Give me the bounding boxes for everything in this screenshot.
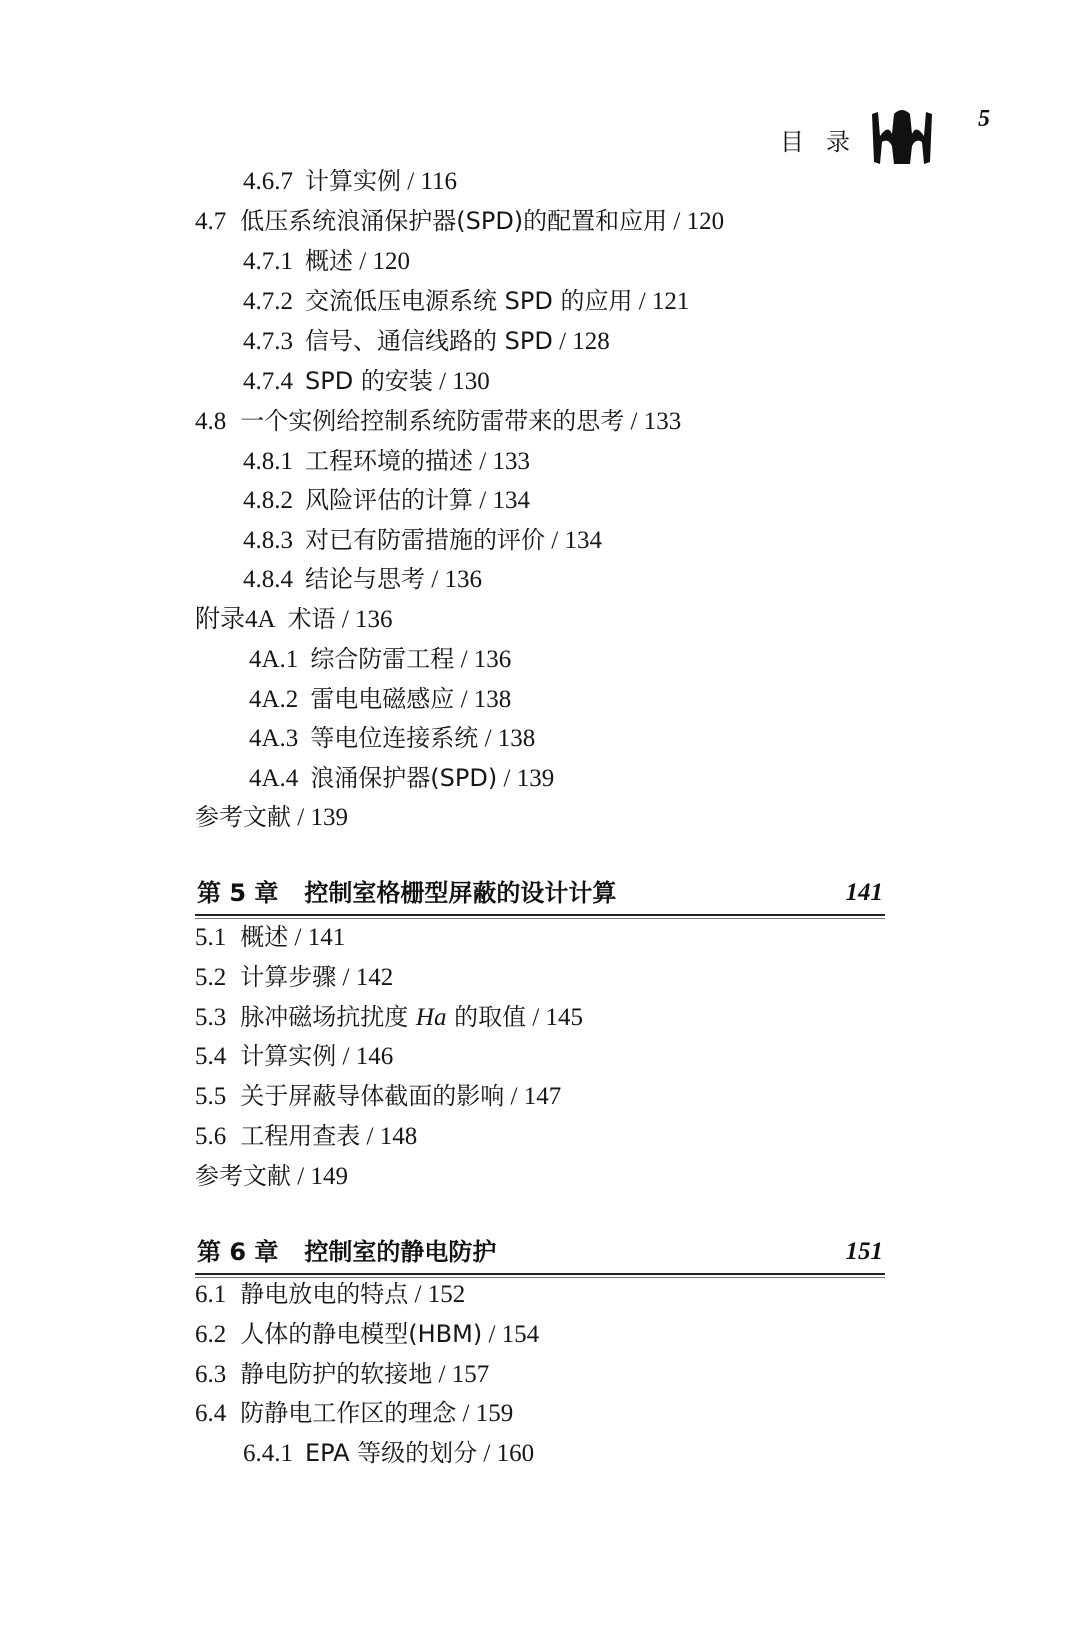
header-title: 目录	[780, 122, 872, 157]
chapter-6-title: 第 6 章控制室的静电防护	[197, 1237, 496, 1267]
toc-entry-title: 等电位连接系统	[310, 724, 478, 752]
toc-entry-page: 142	[356, 964, 394, 991]
toc-entry-title: 防静电工作区的理念	[240, 1399, 456, 1427]
toc-entry-page: 154	[502, 1321, 540, 1348]
toc-entry-page: 130	[452, 368, 490, 395]
toc-separator: /	[667, 208, 686, 235]
toc-entry-title: 结论与思考	[305, 565, 425, 593]
toc-entry-page: 138	[474, 686, 512, 713]
toc-separator: /	[291, 1163, 310, 1190]
toc-separator: /	[545, 527, 564, 554]
toc-entry-page: 148	[380, 1123, 418, 1150]
toc-entry-title: 参考文献	[195, 803, 291, 831]
toc-separator: /	[360, 1123, 379, 1150]
toc-entry[interactable]: 4.7.2交流低压电源系统 SPD 的应用 / 121	[243, 286, 689, 317]
toc-entry-title: 信号、通信线路的 SPD	[305, 327, 553, 355]
toc-entry[interactable]: 4.8.2风险评估的计算 / 134	[243, 485, 530, 516]
toc-entry-number: 6.4	[195, 1399, 226, 1429]
toc-entry-title: 交流低压电源系统 SPD 的应用	[305, 287, 632, 315]
toc-entry-title: 脉冲磁场抗扰度 Ha 的取值	[240, 1003, 526, 1031]
toc-entry-number: 4.7.2	[243, 287, 293, 317]
toc-entry-page: 149	[310, 1163, 348, 1190]
toc-entry-title: 工程环境的描述	[305, 447, 473, 475]
toc-entry-title: 风险评估的计算	[305, 486, 473, 514]
toc-entry-title: 静电防护的软接地	[240, 1360, 432, 1388]
toc-separator: /	[526, 1004, 545, 1031]
toc-separator: /	[497, 765, 516, 792]
toc-entry[interactable]: 6.2人体的静电模型(HBM) / 154	[195, 1319, 539, 1350]
chapter-6-page: 151	[846, 1237, 884, 1267]
toc-entry-page: 120	[687, 208, 725, 235]
toc-entry-page: 139	[310, 804, 348, 831]
chapter-6-heading[interactable]: 第 6 章控制室的静电防护 151	[195, 1237, 885, 1275]
toc-separator: /	[478, 725, 497, 752]
toc-entry-page: 116	[420, 168, 457, 195]
toc-entry-number: 4.8.2	[243, 486, 293, 516]
toc-entry[interactable]: 4.6.7计算实例 / 116	[243, 166, 457, 197]
toc-entry-page: 139	[517, 765, 555, 792]
toc-entry-title: SPD 的安装	[305, 367, 433, 395]
toc-entry-page: 134	[564, 527, 602, 554]
toc-entry-number: 4A.1	[249, 645, 298, 675]
toc-entry-page: 157	[452, 1361, 490, 1388]
toc-separator: /	[456, 1400, 475, 1427]
toc-entry-page: 159	[476, 1400, 514, 1427]
toc-entry-page: 136	[355, 606, 393, 633]
toc-entry[interactable]: 5.3脉冲磁场抗扰度 Ha 的取值 / 145	[195, 1002, 583, 1033]
toc-entry-page: 136	[444, 566, 482, 593]
toc-entry-page: 160	[497, 1440, 535, 1467]
toc-separator: /	[454, 646, 473, 673]
toc-entry[interactable]: 6.4防静电工作区的理念 / 159	[195, 1398, 513, 1429]
toc-entry-page: 138	[498, 725, 536, 752]
toc-entry-title: 静电放电的特点	[240, 1280, 408, 1308]
toc-entry[interactable]: 4.7低压系统浪涌保护器(SPD)的配置和应用 / 120	[195, 206, 724, 237]
toc-entry-number: 4.7.1	[243, 247, 293, 277]
toc-entry-title: 计算实例	[305, 167, 401, 195]
toc-separator: /	[632, 288, 651, 315]
toc-entry-number: 5.5	[195, 1082, 226, 1112]
toc-separator: /	[473, 487, 492, 514]
toc-entry-number: 附录4A	[195, 605, 276, 635]
toc-separator: /	[504, 1083, 523, 1110]
toc-entry-title: EPA 等级的划分	[305, 1439, 477, 1467]
toc-separator: /	[553, 328, 572, 355]
toc-entry-title: 参考文献	[195, 1162, 291, 1190]
toc-entry[interactable]: 6.1静电放电的特点 / 152	[195, 1279, 465, 1310]
toc-separator: /	[425, 566, 444, 593]
toc-separator: /	[432, 1361, 451, 1388]
toc-entry-number: 6.1	[195, 1280, 226, 1310]
toc-entry-page: 133	[492, 448, 530, 475]
toc-entry[interactable]: 4.8一个实例给控制系统防雷带来的思考 / 133	[195, 406, 681, 437]
toc-entry-number: 5.4	[195, 1042, 226, 1072]
toc-separator: /	[624, 408, 643, 435]
toc-separator: /	[291, 804, 310, 831]
toc-entry-page: 141	[308, 924, 346, 951]
toc-entry[interactable]: 4A.3等电位连接系统 / 138	[249, 723, 535, 754]
toc-entry[interactable]: 4.8.4结论与思考 / 136	[243, 564, 482, 595]
page-number: 5	[978, 106, 990, 133]
toc-entry[interactable]: 5.2计算步骤 / 142	[195, 962, 393, 993]
toc-separator: /	[336, 606, 355, 633]
toc-entry-title: 雷电电磁感应	[310, 685, 454, 713]
toc-entry[interactable]: 4.7.1概述 / 120	[243, 246, 410, 277]
toc-separator: /	[473, 448, 492, 475]
running-header: 目录 5	[780, 100, 1040, 170]
toc-entry-number: 4.8.4	[243, 565, 293, 595]
toc-entry-page: 146	[356, 1043, 394, 1070]
toc-entry[interactable]: 参考文献 / 149	[195, 1161, 348, 1192]
toc-entry[interactable]: 5.6工程用查表 / 148	[195, 1121, 417, 1152]
toc-entry[interactable]: 4A.1综合防雷工程 / 136	[249, 644, 511, 675]
toc-separator: /	[336, 1043, 355, 1070]
toc-separator: /	[353, 248, 372, 275]
toc-entry-page: 147	[524, 1083, 562, 1110]
chapter-5-title: 第 5 章控制室格栅型屏蔽的设计计算	[197, 878, 616, 908]
toc-entry[interactable]: 4.8.3对已有防雷措施的评价 / 134	[243, 525, 602, 556]
toc-separator: /	[482, 1321, 501, 1348]
toc-separator: /	[477, 1440, 496, 1467]
toc-entry-title: 浪涌保护器(SPD)	[310, 764, 497, 792]
toc-entry[interactable]: 5.5关于屏蔽导体截面的影响 / 147	[195, 1081, 561, 1112]
toc-entry-number: 4.8.3	[243, 526, 293, 556]
toc-entry-title: 人体的静电模型(HBM)	[240, 1320, 482, 1348]
toc-entry-number: 6.3	[195, 1360, 226, 1390]
toc-entry-number: 5.6	[195, 1122, 226, 1152]
toc-separator: /	[336, 964, 355, 991]
toc-separator: /	[408, 1281, 427, 1308]
toc-entry-title: 低压系统浪涌保护器(SPD)的配置和应用	[240, 207, 667, 235]
toc-entry[interactable]: 4.8.1工程环境的描述 / 133	[243, 446, 530, 477]
toc-entry-number: 5.3	[195, 1003, 226, 1033]
toc-entry[interactable]: 5.4计算实例 / 146	[195, 1041, 393, 1072]
toc-entry-number: 6.4.1	[243, 1439, 293, 1469]
toc-entry-number: 4.7.4	[243, 367, 293, 397]
toc-entry[interactable]: 4.7.4SPD 的安装 / 130	[243, 366, 490, 397]
toc-entry-number: 5.2	[195, 963, 226, 993]
toc-entry-number: 4A.3	[249, 724, 298, 754]
toc-entry-page: 120	[372, 248, 410, 275]
toc-entry-title: 工程用查表	[240, 1122, 360, 1150]
toc-separator: /	[433, 368, 452, 395]
toc-entry[interactable]: 6.4.1EPA 等级的划分 / 160	[243, 1438, 534, 1469]
toc-entry-number: 6.2	[195, 1320, 226, 1350]
toc-separator: /	[288, 924, 307, 951]
toc-entry[interactable]: 附录4A术语 / 136	[195, 604, 393, 635]
toc-entry-page: 136	[474, 646, 512, 673]
toc-entry-number: 4.7	[195, 207, 226, 237]
toc-separator: /	[401, 168, 420, 195]
toc-entry-number: 4.7.3	[243, 327, 293, 357]
toc-entry-number: 5.1	[195, 923, 226, 953]
decorative-waveform-icon	[870, 106, 934, 166]
toc-entry-title: 概述	[305, 247, 353, 275]
toc-entry[interactable]: 参考文献 / 139	[195, 802, 348, 833]
toc-entry-page: 134	[492, 487, 530, 514]
toc-entry[interactable]: 6.3静电防护的软接地 / 157	[195, 1359, 489, 1390]
toc-entry-number: 4.8.1	[243, 447, 293, 477]
toc-entry-number: 4.6.7	[243, 167, 293, 197]
toc-entry-page: 128	[572, 328, 610, 355]
toc-entry[interactable]: 4A.4浪涌保护器(SPD) / 139	[249, 763, 554, 794]
toc-entry-number: 4A.4	[249, 764, 298, 794]
toc-entry-title: 一个实例给控制系统防雷带来的思考	[240, 407, 624, 435]
toc-entry-number: 4.8	[195, 407, 226, 437]
toc-entry-title: 对已有防雷措施的评价	[305, 526, 545, 554]
toc-entry[interactable]: 4A.2雷电电磁感应 / 138	[249, 684, 511, 715]
toc-entry-page: 145	[546, 1004, 584, 1031]
chapter-5-heading[interactable]: 第 5 章控制室格栅型屏蔽的设计计算 141	[195, 878, 885, 916]
toc-separator: /	[454, 686, 473, 713]
toc-entry[interactable]: 5.1概述 / 141	[195, 922, 345, 953]
toc-entry[interactable]: 4.7.3信号、通信线路的 SPD / 128	[243, 326, 610, 357]
toc-entry-title: 术语	[288, 605, 336, 633]
toc-entry-title: 综合防雷工程	[310, 645, 454, 673]
chapter-5-page: 141	[846, 878, 884, 908]
toc-entry-title: 计算步骤	[240, 963, 336, 991]
toc-entry-title: 概述	[240, 923, 288, 951]
toc-entry-page: 121	[652, 288, 690, 315]
toc-entry-page: 133	[644, 408, 682, 435]
toc-entry-title: 计算实例	[240, 1042, 336, 1070]
toc-entry-title: 关于屏蔽导体截面的影响	[240, 1082, 504, 1110]
toc-entry-page: 152	[428, 1281, 466, 1308]
toc-entry-number: 4A.2	[249, 685, 298, 715]
